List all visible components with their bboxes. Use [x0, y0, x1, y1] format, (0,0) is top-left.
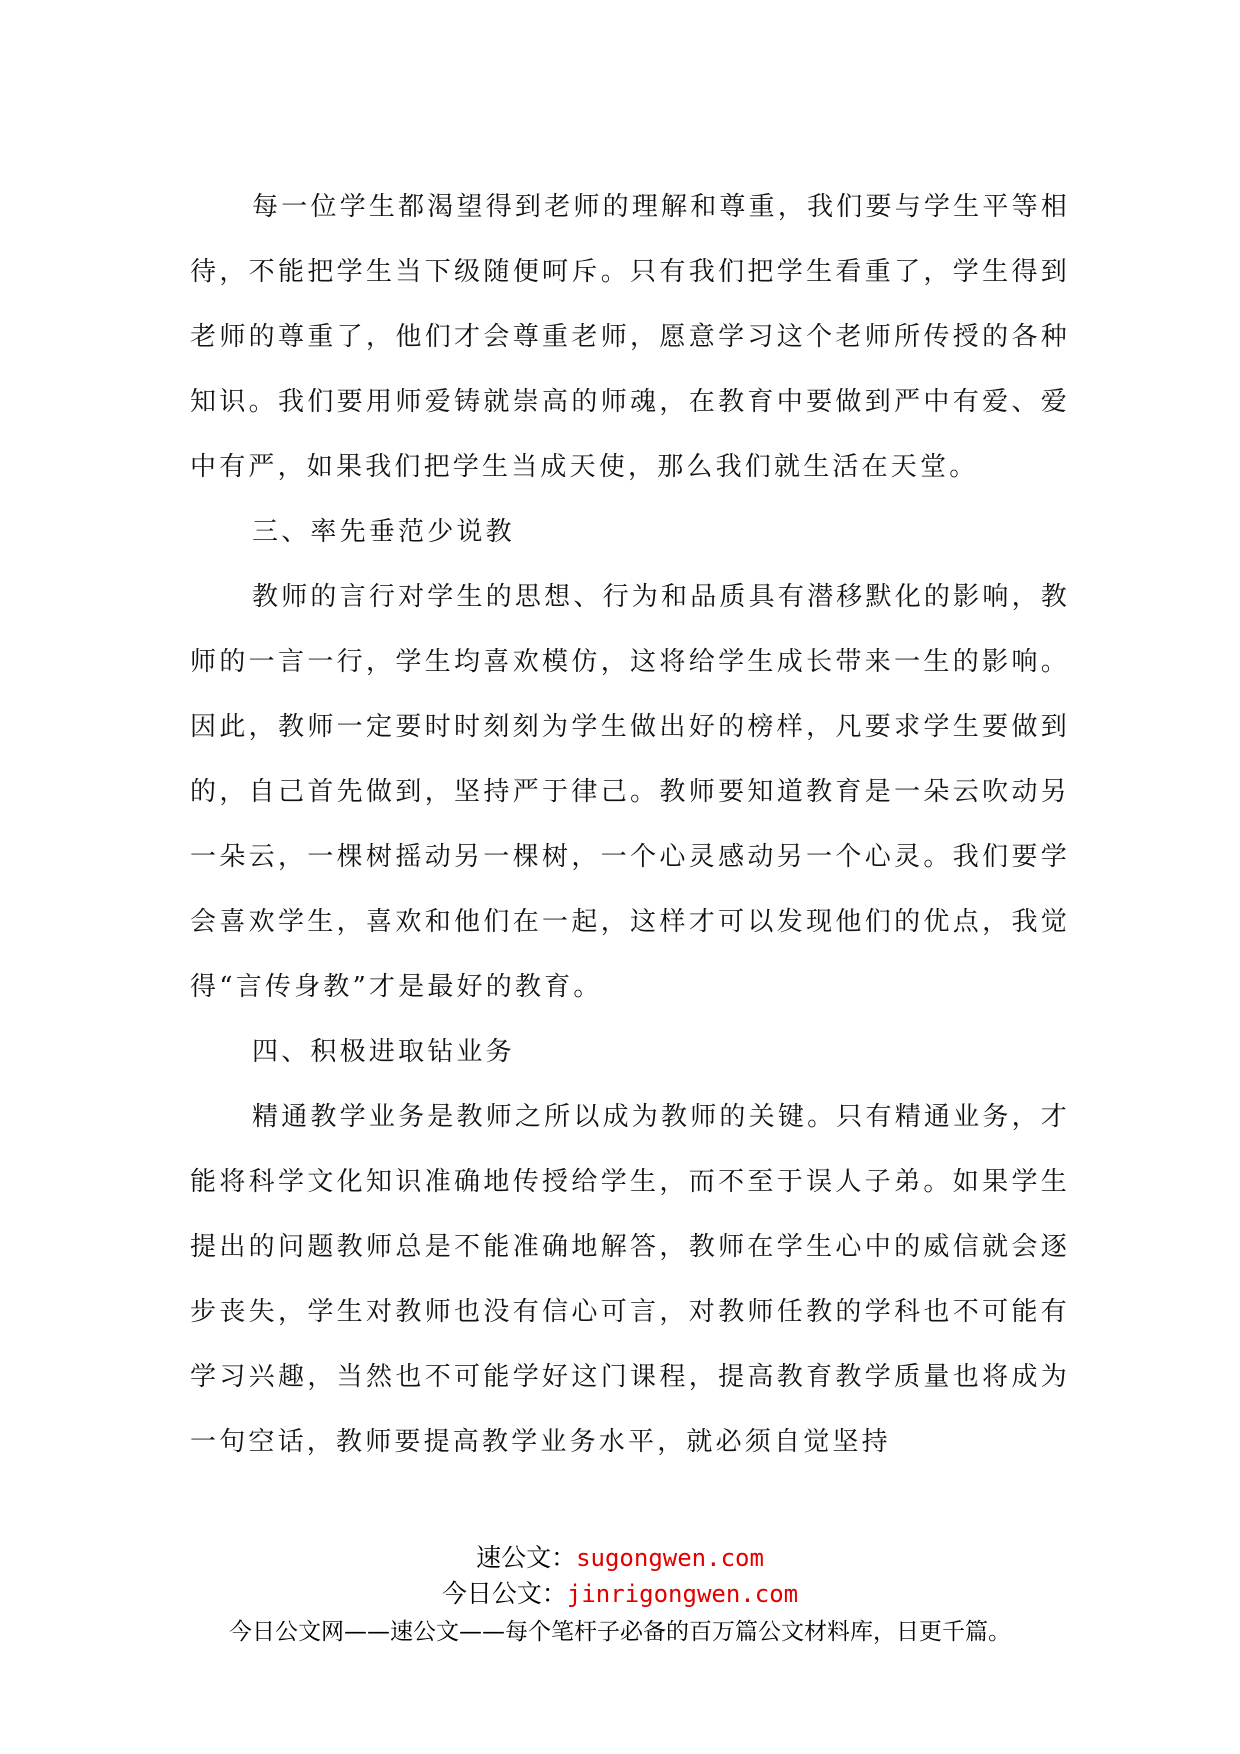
- paragraph-professional-skill: 精通教学业务是教师之所以成为教师的关键。只有精通业务，才能将科学文化知识准确地传…: [190, 1085, 1070, 1475]
- link-jinrigongwen[interactable]: jinrigongwen.com: [567, 1580, 798, 1608]
- section-heading-4: 四、积极进取钻业务: [190, 1020, 1070, 1085]
- section-heading-3: 三、率先垂范少说教: [190, 500, 1070, 565]
- document-body: 每一位学生都渴望得到老师的理解和尊重，我们要与学生平等相待，不能把学生当下级随便…: [190, 175, 1070, 1475]
- footer-line-sugongwen: 速公文：sugongwen.com: [0, 1540, 1240, 1576]
- footer-label-jinrigongwen: 今日公文：: [442, 1579, 567, 1608]
- footer-slogan: 今日公文网——速公文——每个笔杆子必备的百万篇公文材料库，日更千篇。: [0, 1614, 1240, 1650]
- footer-label-sugongwen: 速公文：: [476, 1543, 576, 1572]
- link-sugongwen[interactable]: sugongwen.com: [576, 1544, 764, 1572]
- paragraph-respect-students: 每一位学生都渴望得到老师的理解和尊重，我们要与学生平等相待，不能把学生当下级随便…: [190, 175, 1070, 500]
- footer-line-jinrigongwen: 今日公文：jinrigongwen.com: [0, 1576, 1240, 1612]
- document-page: 每一位学生都渴望得到老师的理解和尊重，我们要与学生平等相待，不能把学生当下级随便…: [0, 0, 1240, 1754]
- watermark-footer: 速公文：sugongwen.com 今日公文：jinrigongwen.com …: [0, 1540, 1240, 1650]
- paragraph-lead-by-example: 教师的言行对学生的思想、行为和品质具有潜移默化的影响，教师的一言一行，学生均喜欢…: [190, 565, 1070, 1020]
